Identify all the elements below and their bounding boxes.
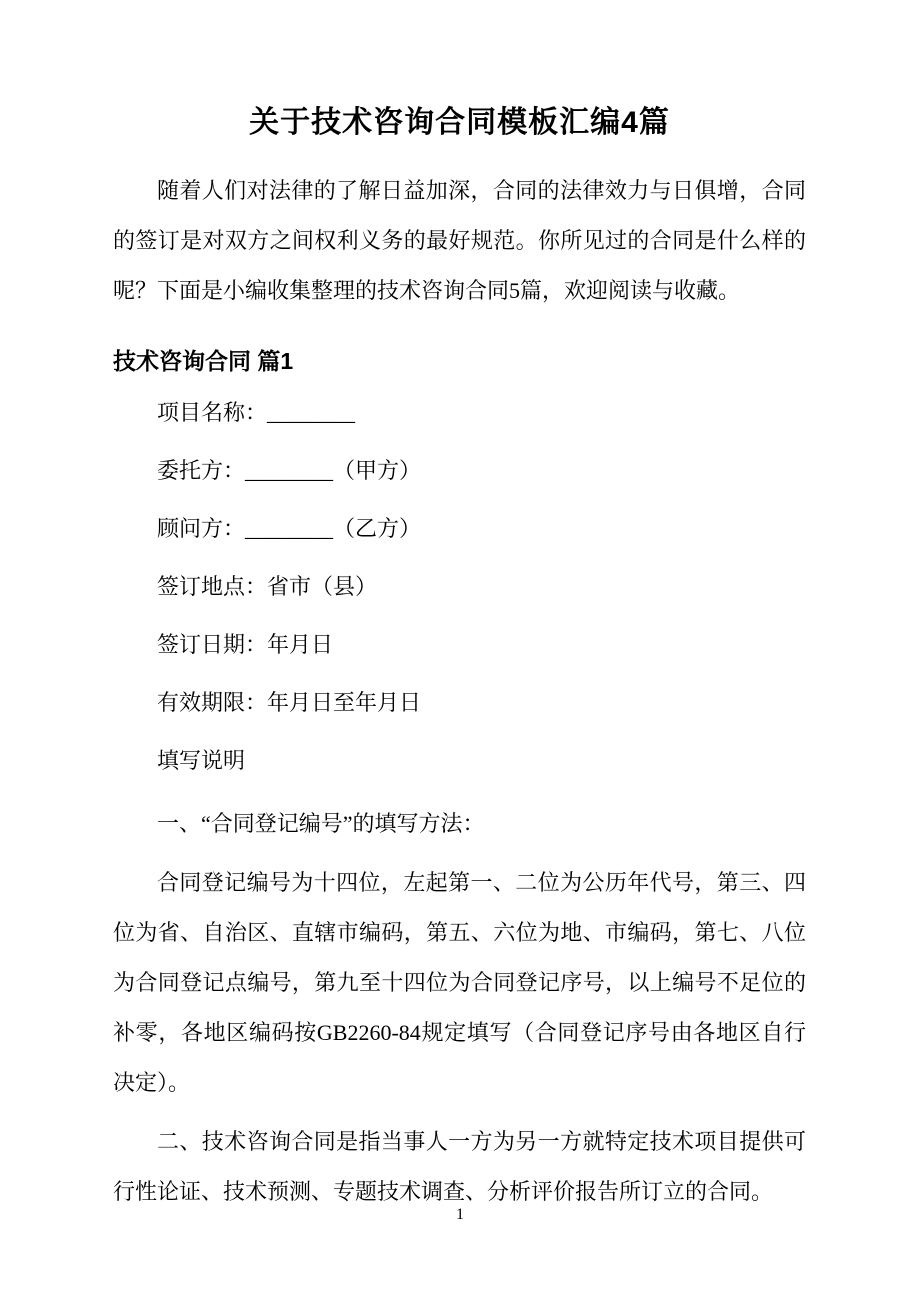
field-line-project-name: 项目名称：________ xyxy=(113,384,806,442)
note-paragraph-2: 合同登记编号为十四位，左起第一、二位为公历年代号，第三、四位为省、自治区、直辖市… xyxy=(113,858,806,1108)
intro-paragraph: 随着人们对法律的了解日益加深，合同的法律效力与日俱增，合同的签订是对双方之间权利… xyxy=(113,166,806,316)
document-title: 关于技术咨询合同模板汇编4篇 xyxy=(113,100,806,146)
section-heading: 技术咨询合同 篇1 xyxy=(113,338,806,384)
field-line-signing-place: 签订地点：省市（县） xyxy=(113,558,806,616)
field-line-client-party: 委托方：________（甲方） xyxy=(113,442,806,500)
field-line-validity-period: 有效期限：年月日至年月日 xyxy=(113,674,806,732)
field-line-filling-instructions: 填写说明 xyxy=(113,732,806,790)
field-line-signing-date: 签订日期：年月日 xyxy=(113,616,806,674)
document-page: 关于技术咨询合同模板汇编4篇 随着人们对法律的了解日益加深，合同的法律效力与日俱… xyxy=(0,0,920,1302)
page-number: 1 xyxy=(0,1205,920,1225)
note-paragraph-1: 一、“合同登记编号”的填写方法： xyxy=(113,799,806,849)
note-paragraph-3: 二、技术咨询合同是指当事人一方为另一方就特定技术项目提供可行性论证、技术预测、专… xyxy=(113,1117,806,1217)
document-content: 关于技术咨询合同模板汇编4篇 随着人们对法律的了解日益加深，合同的法律效力与日俱… xyxy=(113,0,806,1217)
field-line-consultant-party: 顾问方：________（乙方） xyxy=(113,500,806,558)
